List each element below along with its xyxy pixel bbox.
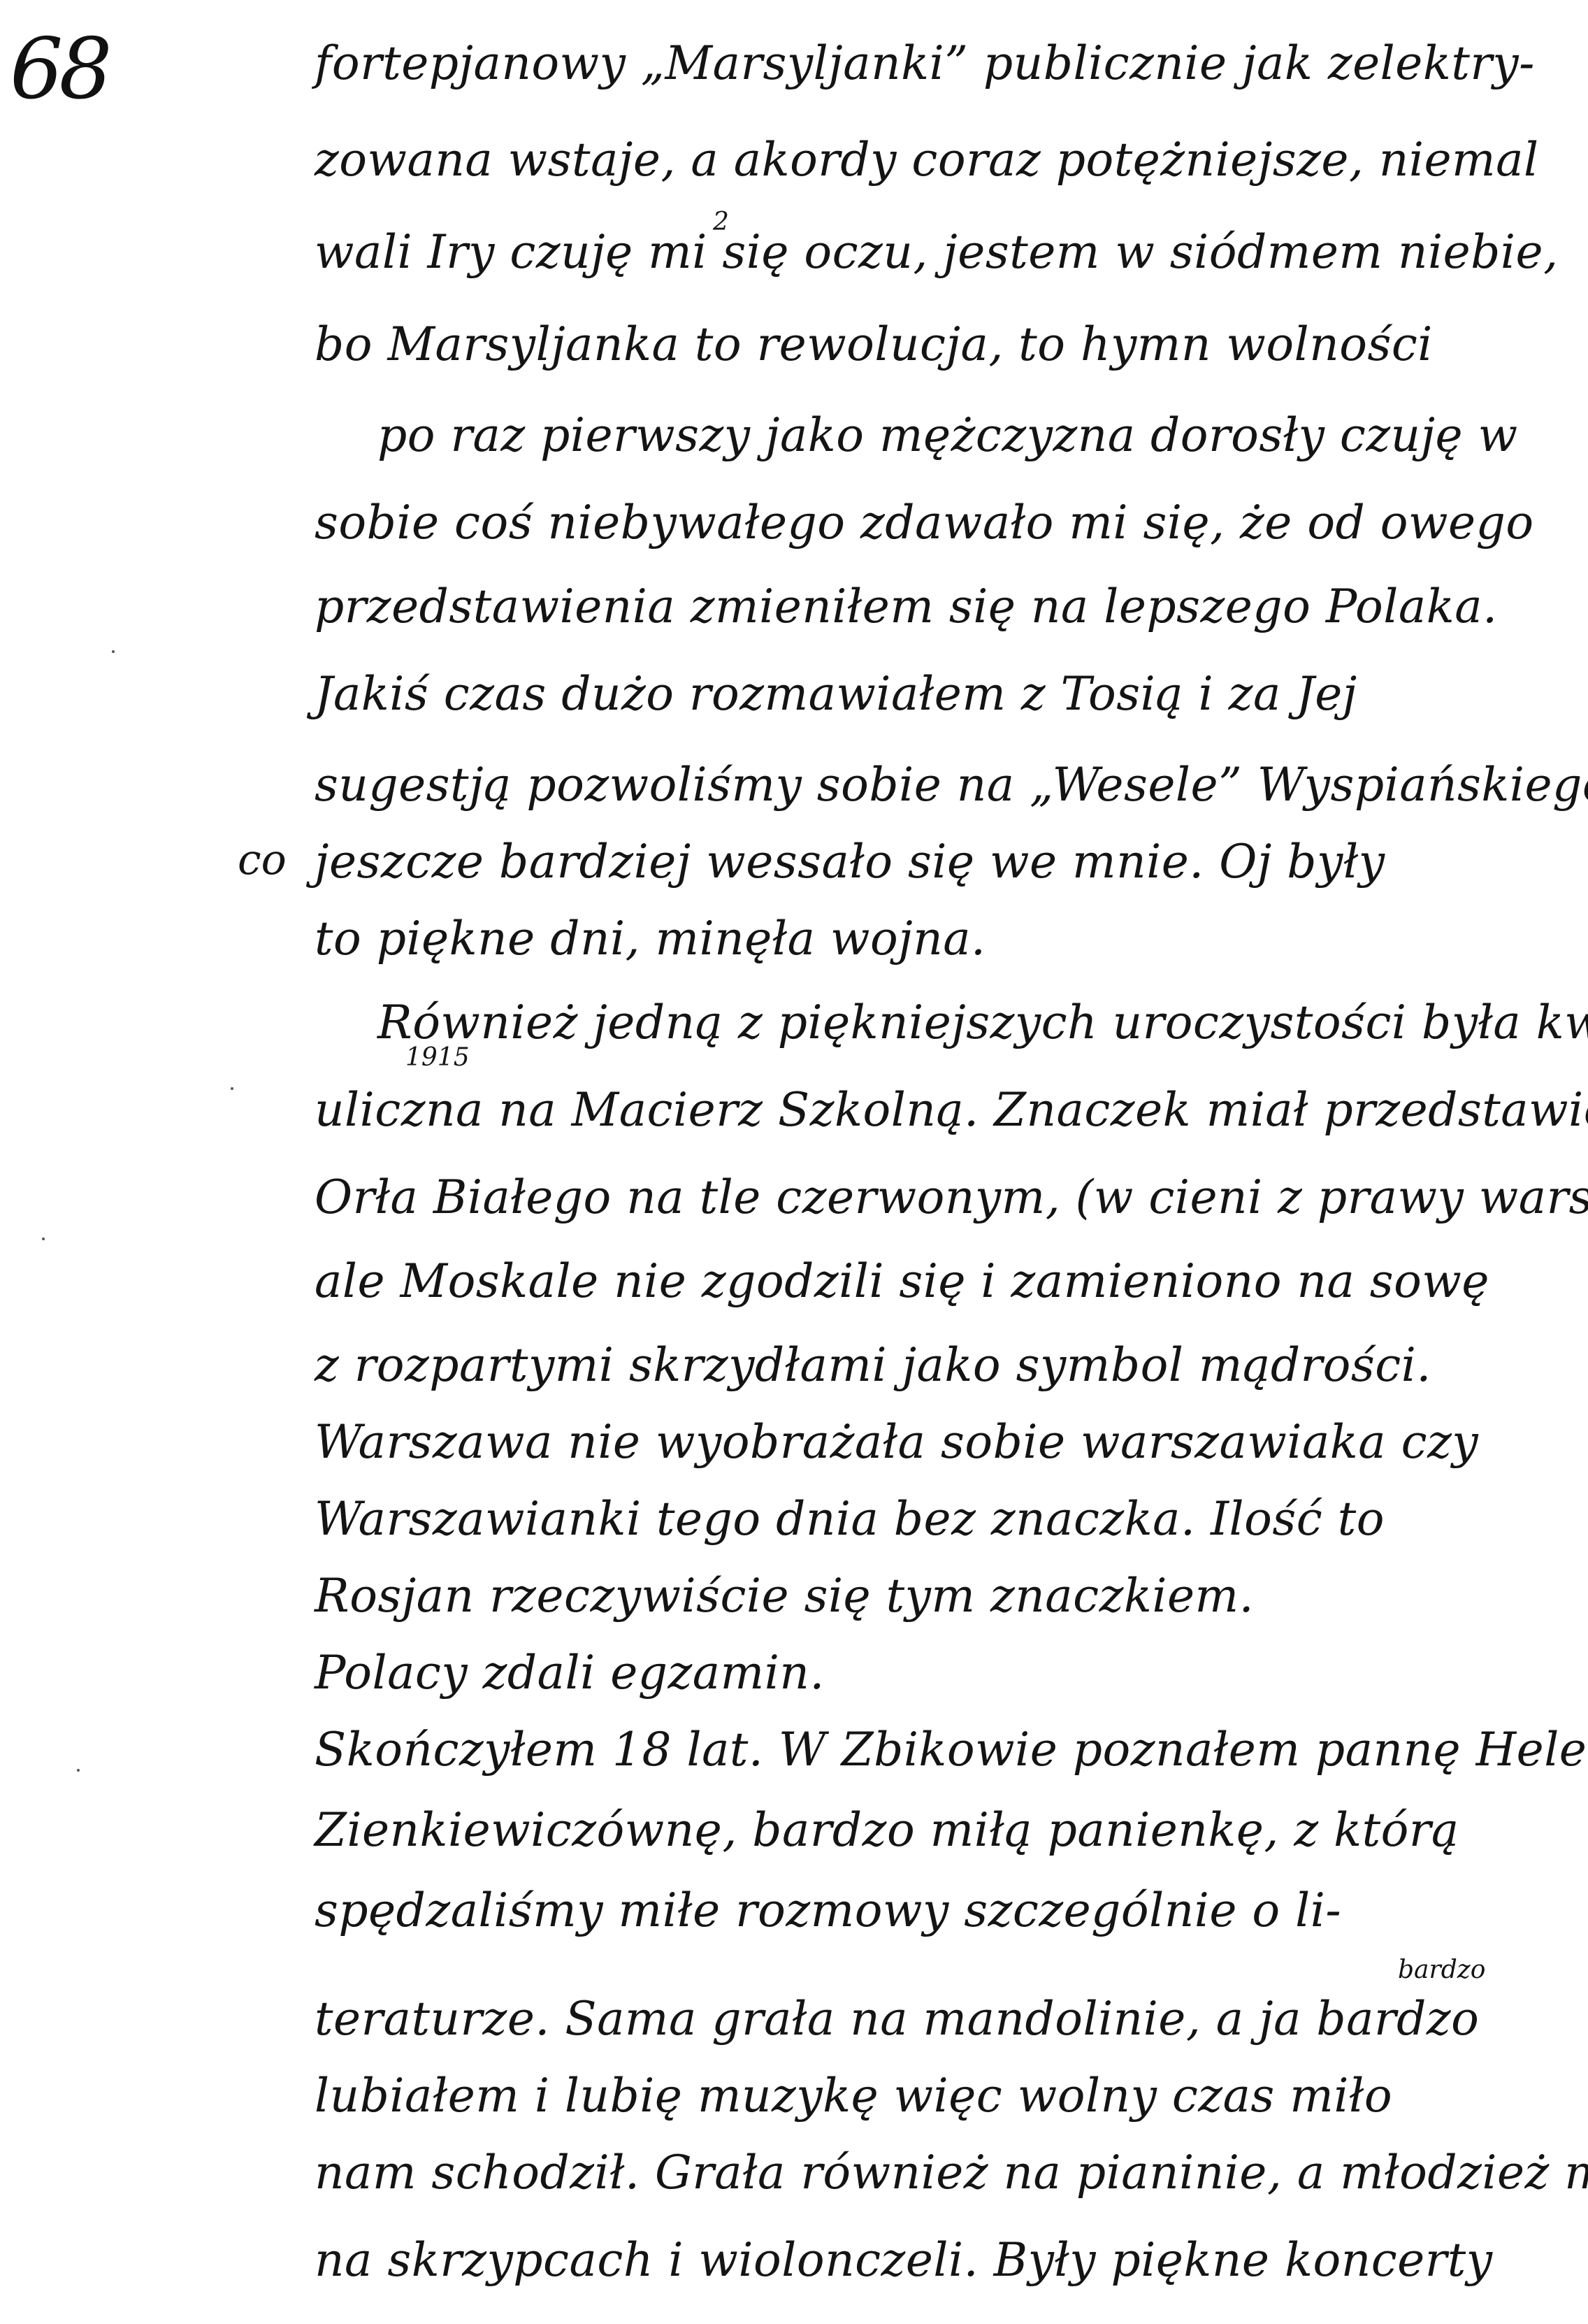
text-line-10: jeszcze bardziej wessało się we mnie. Oj… [315, 839, 1385, 885]
text-line-5: po raz pierwszy jako mężczyzna dorosły c… [377, 413, 1518, 459]
text-line-19: Rosjan rzeczywiście się tym znaczkiem. [315, 1573, 1254, 1619]
superscript-2: 2 [713, 210, 729, 235]
text-line-3: wali Iry czuję mi się oczu, jestem w sió… [315, 229, 1559, 275]
year-insert: 1915 [405, 1045, 470, 1070]
text-line-12: Również jedną z piękniejszych uroczystoś… [377, 1000, 1588, 1046]
ink-speck [42, 1238, 45, 1240]
text-line-7: przedstawienia zmieniłem się na lepszego… [315, 584, 1498, 630]
text-line-22: Zienkiewiczównę, bardzo miłą panienkę, z… [315, 1807, 1459, 1853]
text-line-8: Jakiś czas dużo rozmawiałem z Tosią i za… [315, 671, 1357, 717]
ink-speck [112, 650, 115, 653]
page-number: 68 [10, 28, 108, 112]
text-line-25: lubiałem i lubię muzykę więc wolny czas … [315, 2073, 1392, 2119]
text-line-11: to piękne dni, minęła wojna. [315, 916, 986, 962]
text-line-23: spędzaliśmy miłe rozmowy szczególnie o l… [315, 1888, 1341, 1934]
text-line-26: nam schodził. Grała również na pianinie,… [315, 2150, 1588, 2196]
text-line-6: sobie coś niebywałego zdawało mi się, że… [315, 500, 1534, 546]
text-line-13: uliczna na Macierz Szkolną. Znaczek miał… [315, 1087, 1588, 1133]
text-line-1: fortepjanowy „Marsyljanki” publicznie ja… [315, 41, 1535, 87]
manuscript-page: 68 fortepjanowy „Marsyljanki” publicznie… [0, 0, 1588, 2324]
ink-speck [77, 1769, 80, 1772]
text-line-21: Skończyłem 18 lat. W Zbikowie poznałem p… [315, 1727, 1588, 1773]
text-line-9: sugestją pozwoliśmy sobie na „Wesele” Wy… [315, 762, 1588, 808]
margin-note-co: co [238, 839, 287, 881]
text-line-20: Polacy zdali egzamin. [315, 1650, 825, 1696]
text-line-24: teraturze. Sama grała na mandolinie, a j… [315, 1996, 1479, 2042]
text-line-18: Warszawianki tego dnia bez znaczka. Iloś… [315, 1496, 1385, 1542]
text-line-14: Orła Białego na tle czerwonym, (w cieni … [315, 1175, 1588, 1221]
text-line-27: na skrzypcach i wiolonczeli. Były piękne… [315, 2237, 1493, 2283]
text-line-4: bo Marsyljanka to rewolucja, to hymn wol… [315, 322, 1433, 368]
correction-above: bardzo [1398, 1958, 1485, 1983]
text-line-2: zowana wstaje, a akordy coraz potężniejs… [315, 137, 1539, 183]
text-line-17: Warszawa nie wyobrażała sobie warszawiak… [315, 1419, 1478, 1465]
text-line-16: z rozpartymi skrzydłami jako symbol mądr… [315, 1342, 1431, 1389]
text-line-15: ale Moskale nie zgodzili się i zamienion… [315, 1258, 1489, 1305]
ink-speck [231, 1087, 233, 1090]
